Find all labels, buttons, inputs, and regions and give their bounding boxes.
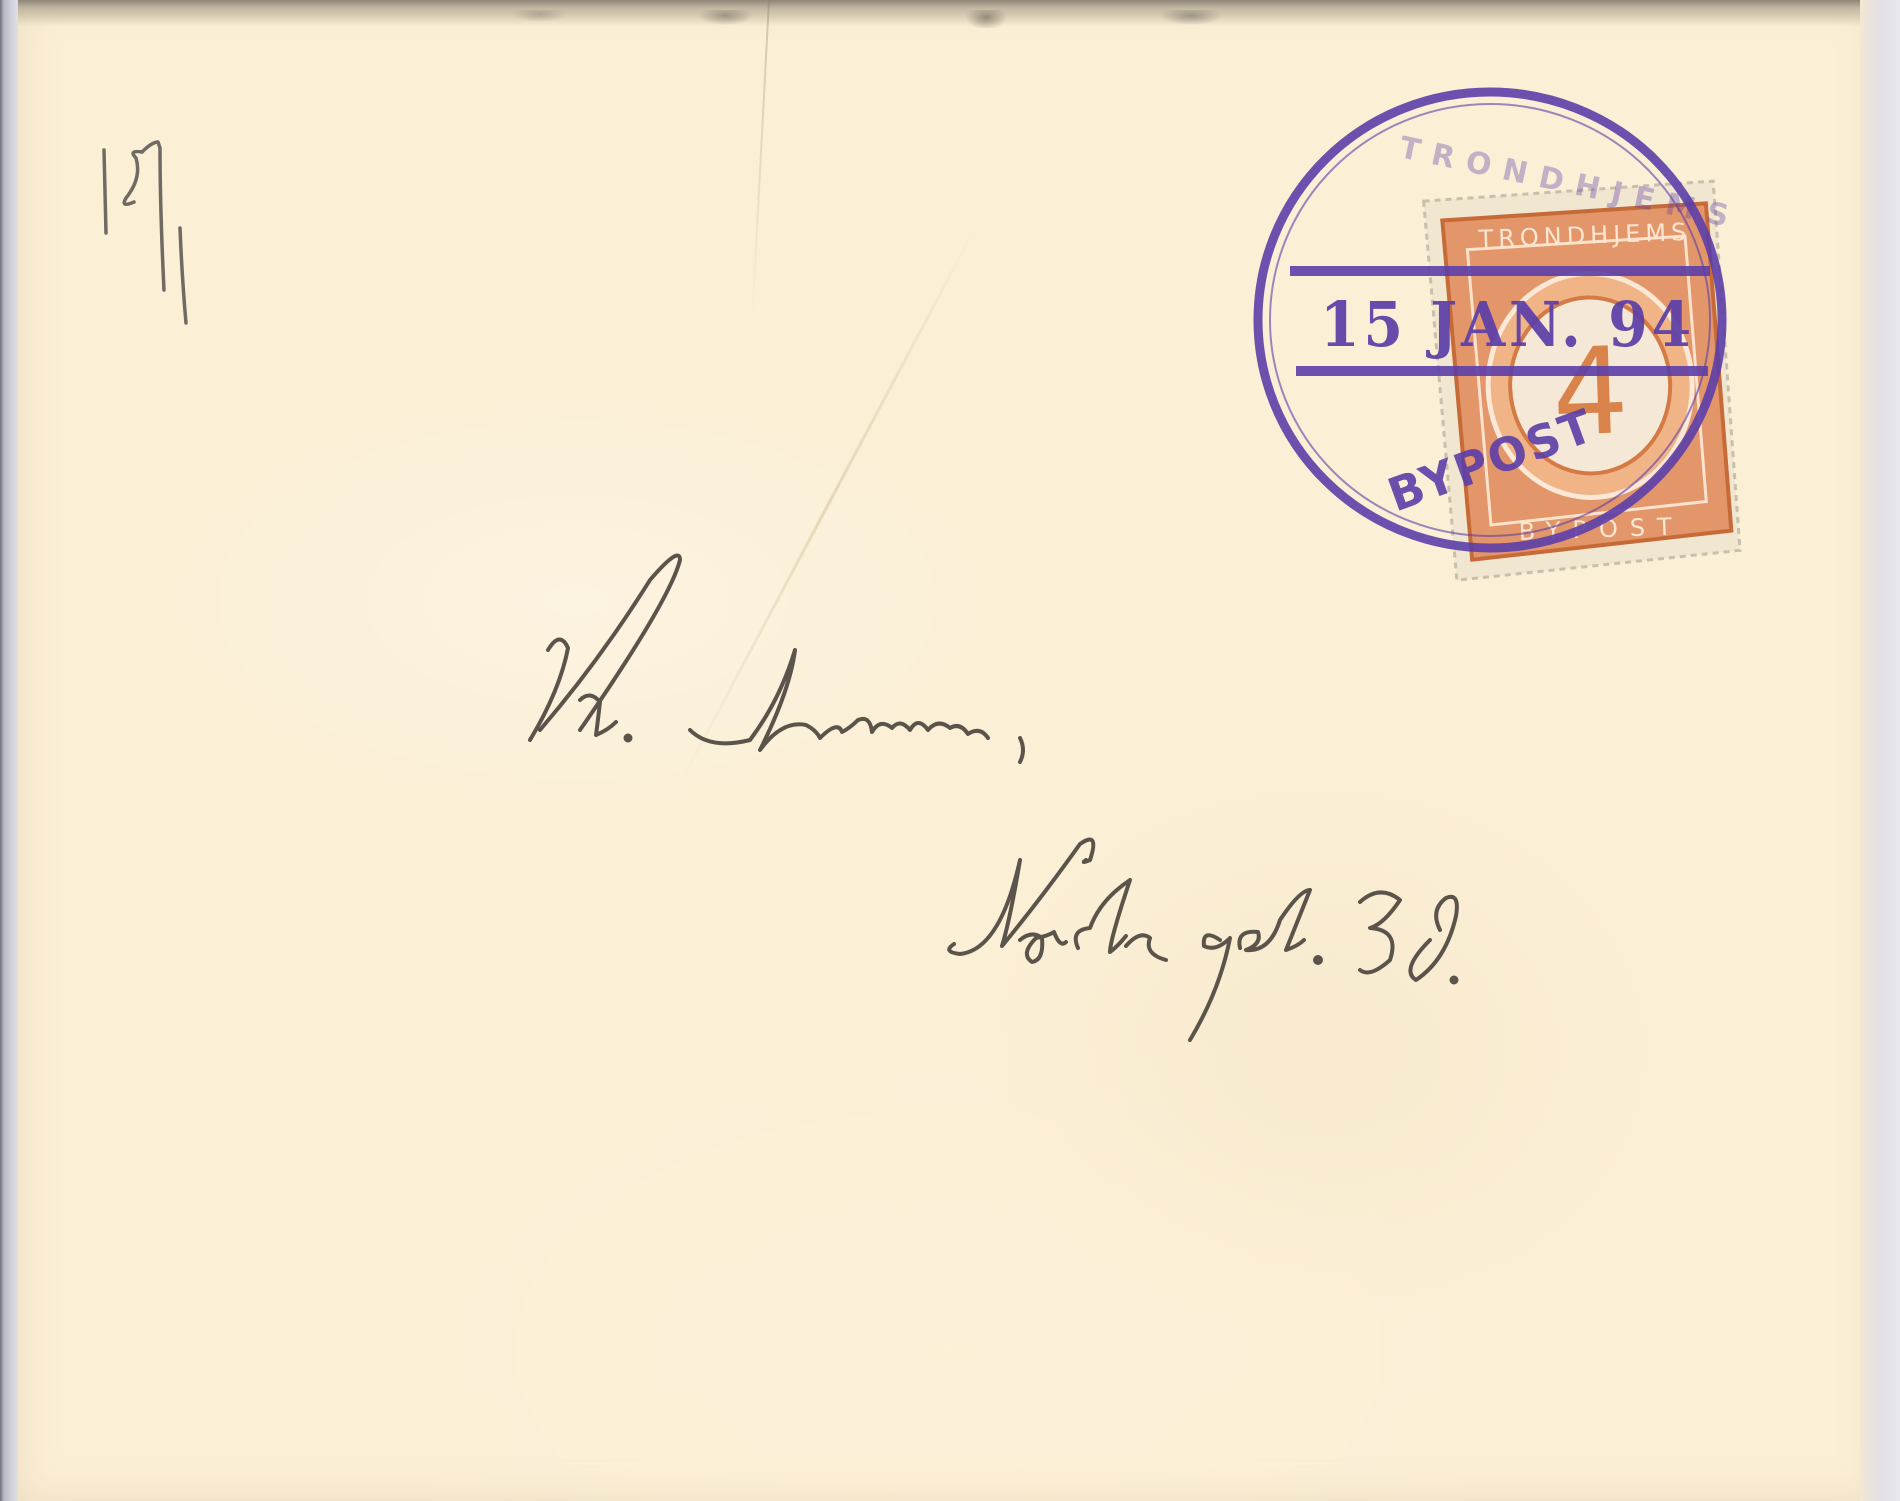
envelope-right-edge — [1860, 0, 1900, 1501]
address-line-1: Hr. Branne, — [520, 540, 1280, 780]
paper-crease — [751, 0, 770, 320]
pencil-note-icon — [98, 138, 208, 338]
torn-top-edge — [18, 0, 1880, 26]
scan-edge — [0, 0, 20, 1501]
handwriting-line-2-icon — [940, 820, 1720, 1060]
pencil-note: 15/1 — [98, 138, 208, 338]
postmark: TRONDHJEMS 15 JAN. 94 BYPOST — [1250, 70, 1740, 570]
postmark-date: 15 JAN. 94 — [1320, 288, 1695, 361]
address-line-2: Nordre gd. 30 — [940, 820, 1720, 1060]
handwriting-line-1-icon — [520, 540, 1280, 780]
